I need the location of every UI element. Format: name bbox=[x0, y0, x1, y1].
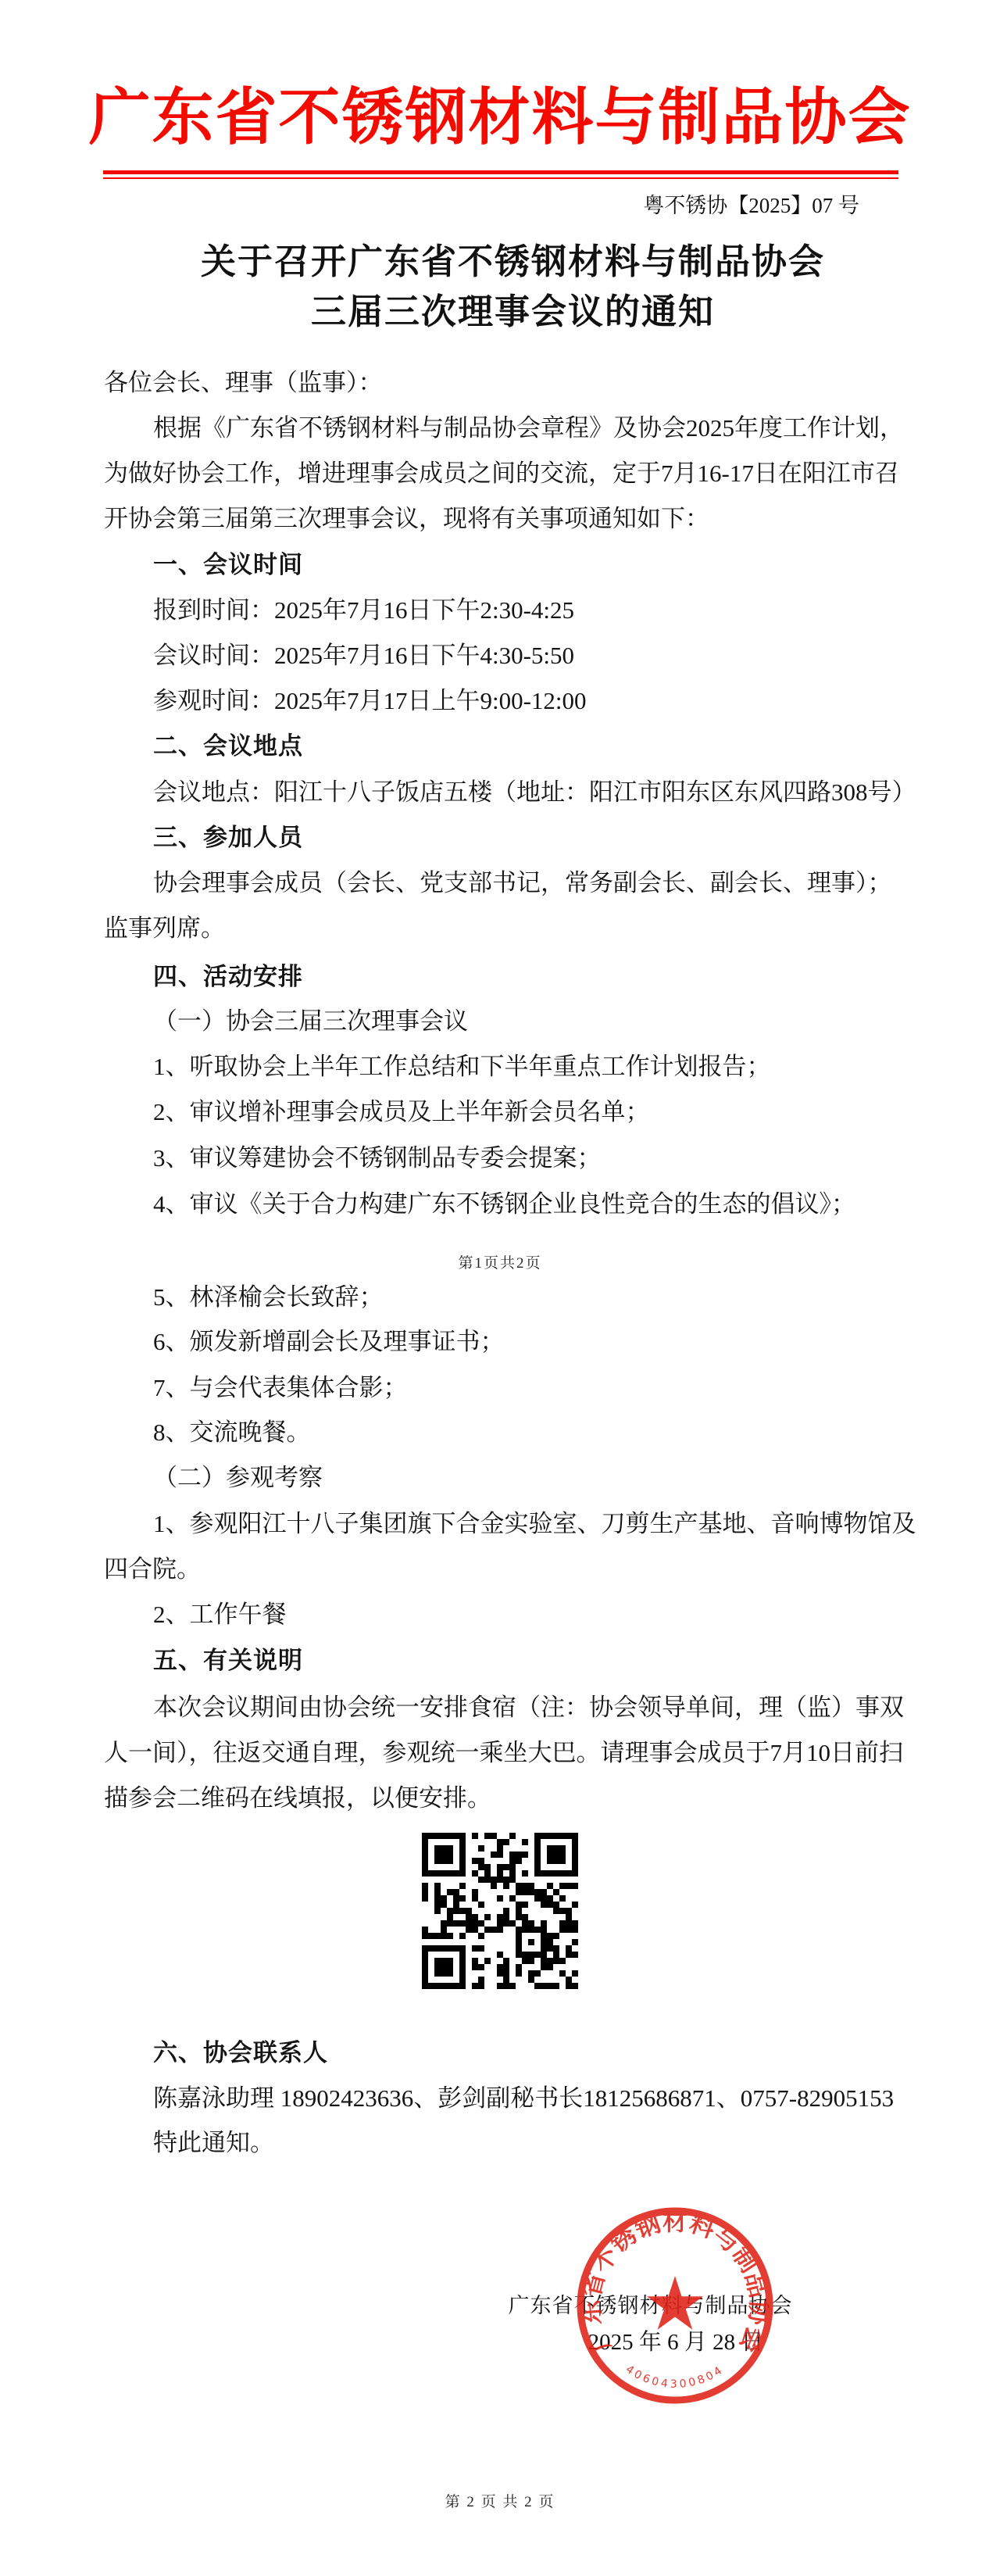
visit-time-line: 参观时间：2025年7月17日上午9:00-12:00 bbox=[104, 685, 971, 717]
registration-time-line: 报到时间：2025年7月16日下午2:30-4:25 bbox=[104, 594, 971, 627]
venue-line: 会议地点：阳江十八子饭店五楼（地址：阳江市阳东区东风四路308号） bbox=[104, 776, 971, 809]
doc-line: 人一间），往返交通自理，参观统一乘坐大巴。请理事会成员于7月10日前扫 bbox=[104, 1737, 922, 1769]
closing-line: 特此通知。 bbox=[104, 2127, 971, 2159]
page-footer-1: 第1页共2页 bbox=[0, 1251, 1000, 1272]
section-heading-meeting-time: 一、会议时间 bbox=[104, 549, 971, 581]
registration-qr-code bbox=[422, 1833, 578, 1989]
agenda-item: 4、审议《关于合力构建广东不锈钢企业良性竞合的生态的倡议》； bbox=[104, 1188, 971, 1221]
qr-code-image bbox=[422, 1833, 578, 1989]
visit-item: 2、工作午餐 bbox=[104, 1598, 971, 1631]
doc-line: 开协会第三届第三次理事会议，现将有关事项通知如下： bbox=[104, 503, 922, 535]
doc-line: 描参会二维码在线填报，以便安排。 bbox=[104, 1782, 922, 1815]
doc-line: 为做好协会工作，增进理事会成员之间的交流，定于7月16-17日在阳江市召 bbox=[104, 457, 922, 490]
letterhead-rule-thin bbox=[103, 177, 898, 179]
letterhead-org-title: 广东省不锈钢材料与制品协会 bbox=[0, 67, 1000, 156]
section-heading-agenda: 四、活动安排 bbox=[104, 961, 971, 993]
agenda-item: 5、林泽榆会长致辞； bbox=[104, 1281, 971, 1314]
agenda-subheading-2: （二）参观考察 bbox=[104, 1462, 971, 1494]
official-seal-stamp: 广东省不锈钢材料与制品协会 4406043008045 bbox=[575, 2205, 775, 2405]
doc-number: 粤不锈协【2025】07 号 bbox=[469, 188, 859, 219]
agenda-item: 8、交流晚餐。 bbox=[104, 1416, 971, 1449]
visit-item: 1、参观阳江十八子集团旗下合金实验室、刀剪生产基地、音响博物馆及 bbox=[104, 1508, 971, 1540]
contact-info-line: 陈嘉泳助理 18902423636、彭剑副秘书长18125686871、0757… bbox=[104, 2082, 971, 2115]
agenda-item: 2、审议增补理事会成员及上半年新会员名单； bbox=[104, 1096, 971, 1129]
salutation-line: 各位会长、理事（监事）： bbox=[104, 367, 922, 399]
agenda-item: 1、听取协会上半年工作总结和下半年重点工作计划报告； bbox=[104, 1050, 971, 1083]
stamp-star-icon bbox=[647, 2276, 703, 2330]
notice-title-line2: 三届三次理事会议的通知 bbox=[104, 283, 922, 334]
doc-line: 本次会议期间由协会统一安排食宿（注：协会领导单间，理（监）事双 bbox=[104, 1691, 971, 1724]
section-heading-participants: 三、参加人员 bbox=[104, 821, 971, 854]
doc-line: 监事列席。 bbox=[104, 912, 922, 945]
page-footer-2: 第 2 页 共 2 页 bbox=[0, 2490, 1000, 2511]
notice-document-page: 广东省不锈钢材料与制品协会 粤不锈协【2025】07 号 关于召开广东省不锈钢材… bbox=[0, 0, 1000, 2576]
letterhead-rule-thick bbox=[103, 170, 898, 174]
section-heading-notes: 五、有关说明 bbox=[104, 1644, 971, 1677]
section-heading-venue: 二、会议地点 bbox=[104, 730, 971, 763]
notice-title-line1: 关于召开广东省不锈钢材料与制品协会 bbox=[104, 233, 922, 284]
agenda-item: 7、与会代表集体合影； bbox=[104, 1372, 971, 1404]
agenda-item: 3、审议筹建协会不锈钢制品专委会提案； bbox=[104, 1142, 971, 1175]
doc-line: 协会理事会成员（会长、党支部书记，常务副会长、副会长、理事）； bbox=[104, 867, 971, 900]
meeting-time-line: 会议时间：2025年7月16日下午4:30-5:50 bbox=[104, 639, 971, 672]
doc-line: 四合院。 bbox=[104, 1553, 922, 1586]
agenda-item: 6、颁发新增副会长及理事证书； bbox=[104, 1326, 971, 1358]
section-heading-contacts: 六、协会联系人 bbox=[104, 2037, 971, 2070]
doc-line: 根据《广东省不锈钢材料与制品协会章程》及协会2025年度工作计划， bbox=[104, 412, 971, 445]
agenda-subheading-1: （一）协会三届三次理事会议 bbox=[104, 1005, 971, 1038]
